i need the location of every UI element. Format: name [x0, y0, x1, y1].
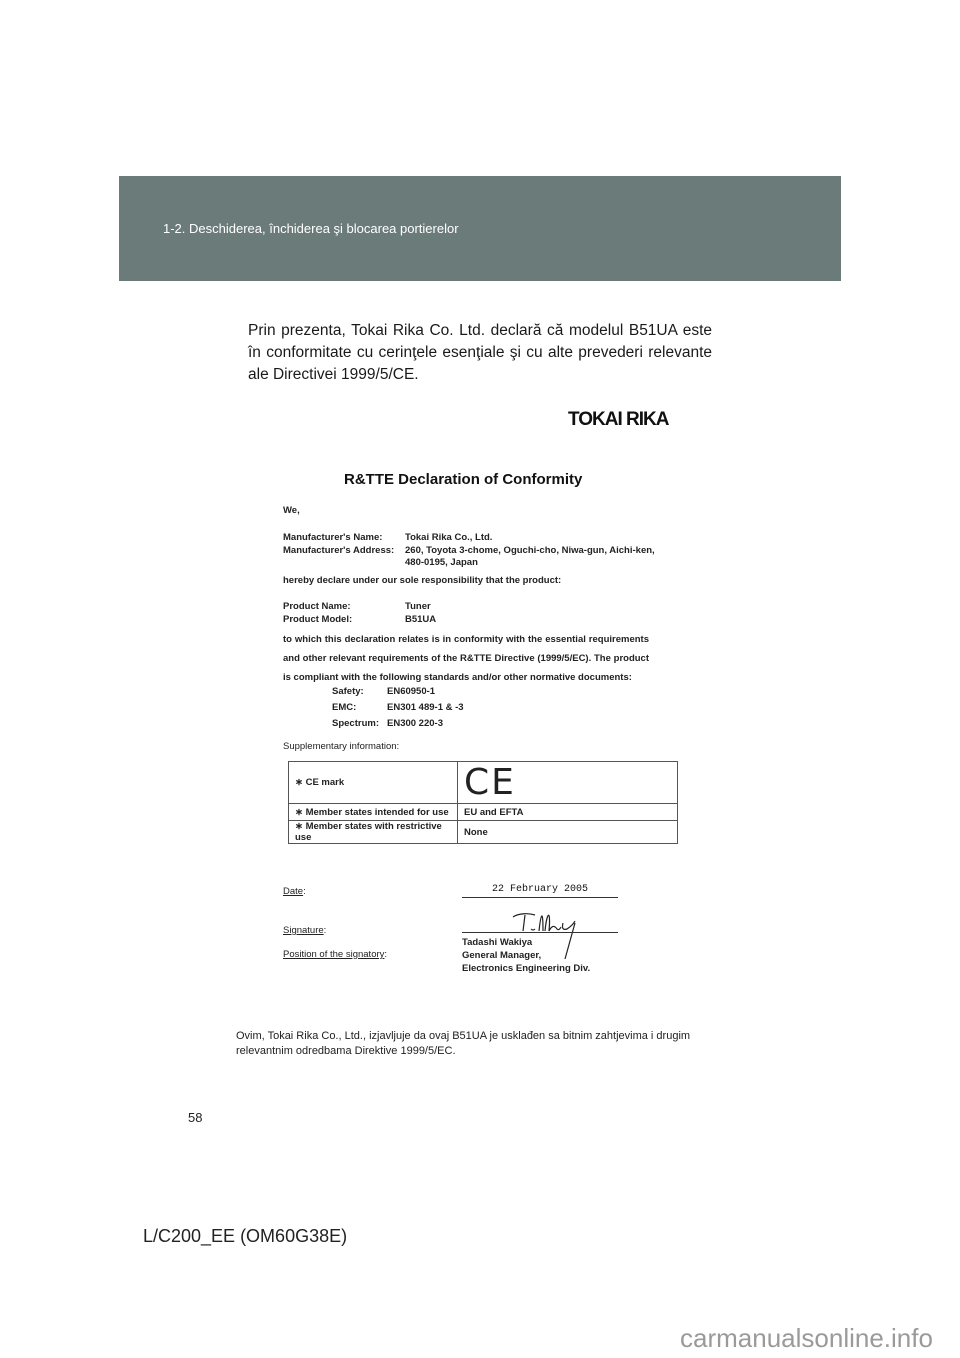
chapter-header-band: 1-2. Deschiderea, închiderea şi blocarea… — [119, 176, 841, 281]
we-label: We, — [283, 505, 300, 516]
signature-label: Signature: — [283, 925, 326, 936]
table-cell-key: ∗ Member states with restrictive use — [289, 821, 458, 844]
table-cell-value: EU and EFTA — [458, 804, 678, 821]
manufacturer-name-value: Tokai Rika Co., Ltd. — [405, 532, 492, 543]
manufacturer-address-line1: 260, Toyota 3-chome, Oguchi-cho, Niwa-gu… — [405, 545, 655, 556]
product-model-label: Product Model: — [283, 614, 352, 625]
ce-mark-cell: CE — [458, 762, 678, 804]
manufacturer-address-label: Manufacturer's Address: — [283, 545, 394, 556]
ce-mark-icon: CE — [464, 762, 516, 803]
signatory-division: Electronics Engineering Div. — [462, 962, 590, 975]
tokai-rika-logo: TOKAI RIKA — [568, 409, 668, 431]
position-label: Position of the signatory: — [283, 949, 387, 960]
table-cell-key: ∗ CE mark — [289, 762, 458, 804]
standard-label: Spectrum: — [332, 718, 379, 729]
manufacturer-name-label: Manufacturer's Name: — [283, 532, 382, 543]
signatory-title: General Manager, — [462, 949, 590, 962]
table-row: ∗ CE mark CE — [289, 762, 678, 804]
declaration-title: R&TTE Declaration of Conformity — [344, 471, 582, 488]
signatory-name: Tadashi Wakiya — [462, 936, 590, 949]
standard-value: EN300 220-3 — [387, 718, 443, 729]
standard-value: EN60950-1 — [387, 686, 435, 697]
table-row: ∗ Member states intended for use EU and … — [289, 804, 678, 821]
conformity-paragraph: to which this declaration relates is in … — [283, 630, 649, 687]
supplementary-table: ∗ CE mark CE ∗ Member states intended fo… — [288, 761, 678, 844]
page-number: 58 — [188, 1110, 202, 1125]
table-cell-key: ∗ Member states intended for use — [289, 804, 458, 821]
product-model-value: B51UA — [405, 614, 436, 625]
table-cell-value: None — [458, 821, 678, 844]
supplementary-label: Supplementary information: — [283, 741, 399, 752]
product-name-value: Tuner — [405, 601, 431, 612]
product-name-label: Product Name: — [283, 601, 351, 612]
section-title: 1-2. Deschiderea, închiderea şi blocarea… — [163, 221, 459, 236]
document-code: L/C200_EE (OM60G38E) — [143, 1226, 347, 1247]
signatory-block: Tadashi Wakiya General Manager, Electron… — [462, 936, 590, 975]
standard-label: Safety: — [332, 686, 364, 697]
date-value: 22 February 2005 — [462, 884, 618, 898]
watermark: carmanualsonline.info — [680, 1323, 933, 1354]
signature-line — [462, 932, 618, 933]
hereby-declare-text: hereby declare under our sole responsibi… — [283, 575, 561, 586]
date-label: Date: — [283, 886, 306, 897]
intro-croatian-paragraph: Ovim, Tokai Rika Co., Ltd., izjavljuje d… — [236, 1029, 716, 1059]
standard-value: EN301 489-1 & -3 — [387, 702, 464, 713]
intro-romanian-paragraph: Prin prezenta, Tokai Rika Co. Ltd. decla… — [248, 320, 712, 386]
standard-label: EMC: — [332, 702, 356, 713]
manufacturer-address-line2: 480-0195, Japan — [405, 557, 478, 568]
table-row: ∗ Member states with restrictive use Non… — [289, 821, 678, 844]
